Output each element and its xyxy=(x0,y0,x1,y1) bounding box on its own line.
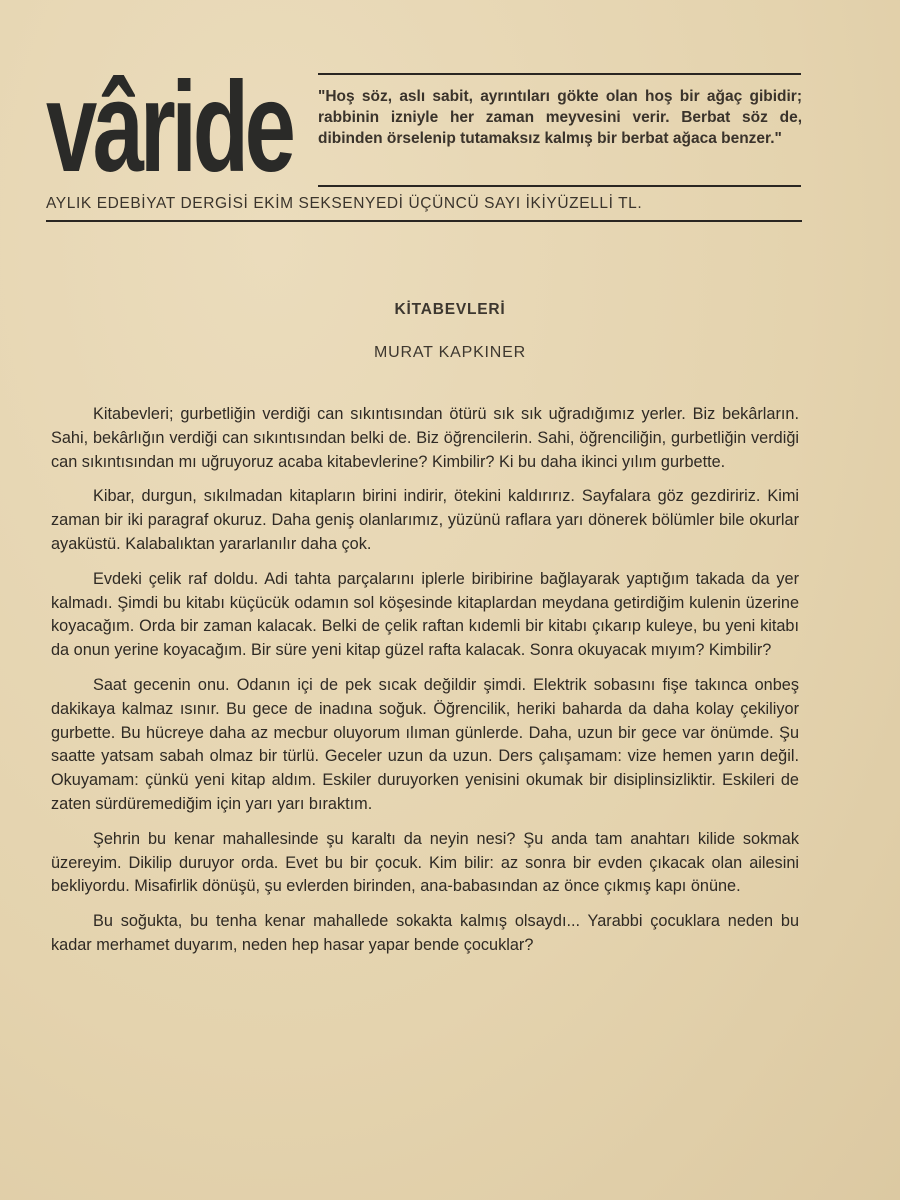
article-title: KİTABEVLERİ xyxy=(0,301,900,319)
header-rule-top xyxy=(318,73,801,75)
paragraph: Kibar, durgun, sıkılmadan kitapların bir… xyxy=(51,485,799,556)
header-rule-middle xyxy=(318,185,801,187)
issue-info-line: AYLIK EDEBİYAT DERGİSİ EKİM SEKSENYEDİ Ü… xyxy=(46,194,802,214)
epigraph-quote: "Hoş söz, aslı sabit, ayrıntıları gökte … xyxy=(318,86,802,149)
paragraph: Şehrin bu kenar mahallesinde şu karaltı … xyxy=(51,828,799,899)
paragraph: Saat gecenin onu. Odanın içi de pek sıca… xyxy=(51,674,799,817)
magazine-logo: vâride xyxy=(46,64,226,194)
paragraph: Kitabevleri; gurbetliğin verdiği can sık… xyxy=(51,403,799,474)
article-body: Kitabevleri; gurbetliğin verdiği can sık… xyxy=(51,403,799,969)
paragraph: Evdeki çelik raf doldu. Adi tahta parçal… xyxy=(51,568,799,663)
paragraph: Bu soğukta, bu tenha kenar mahallede sok… xyxy=(51,910,799,958)
article-author: MURAT KAPKINER xyxy=(0,344,900,362)
header-rule-bottom xyxy=(46,220,802,222)
